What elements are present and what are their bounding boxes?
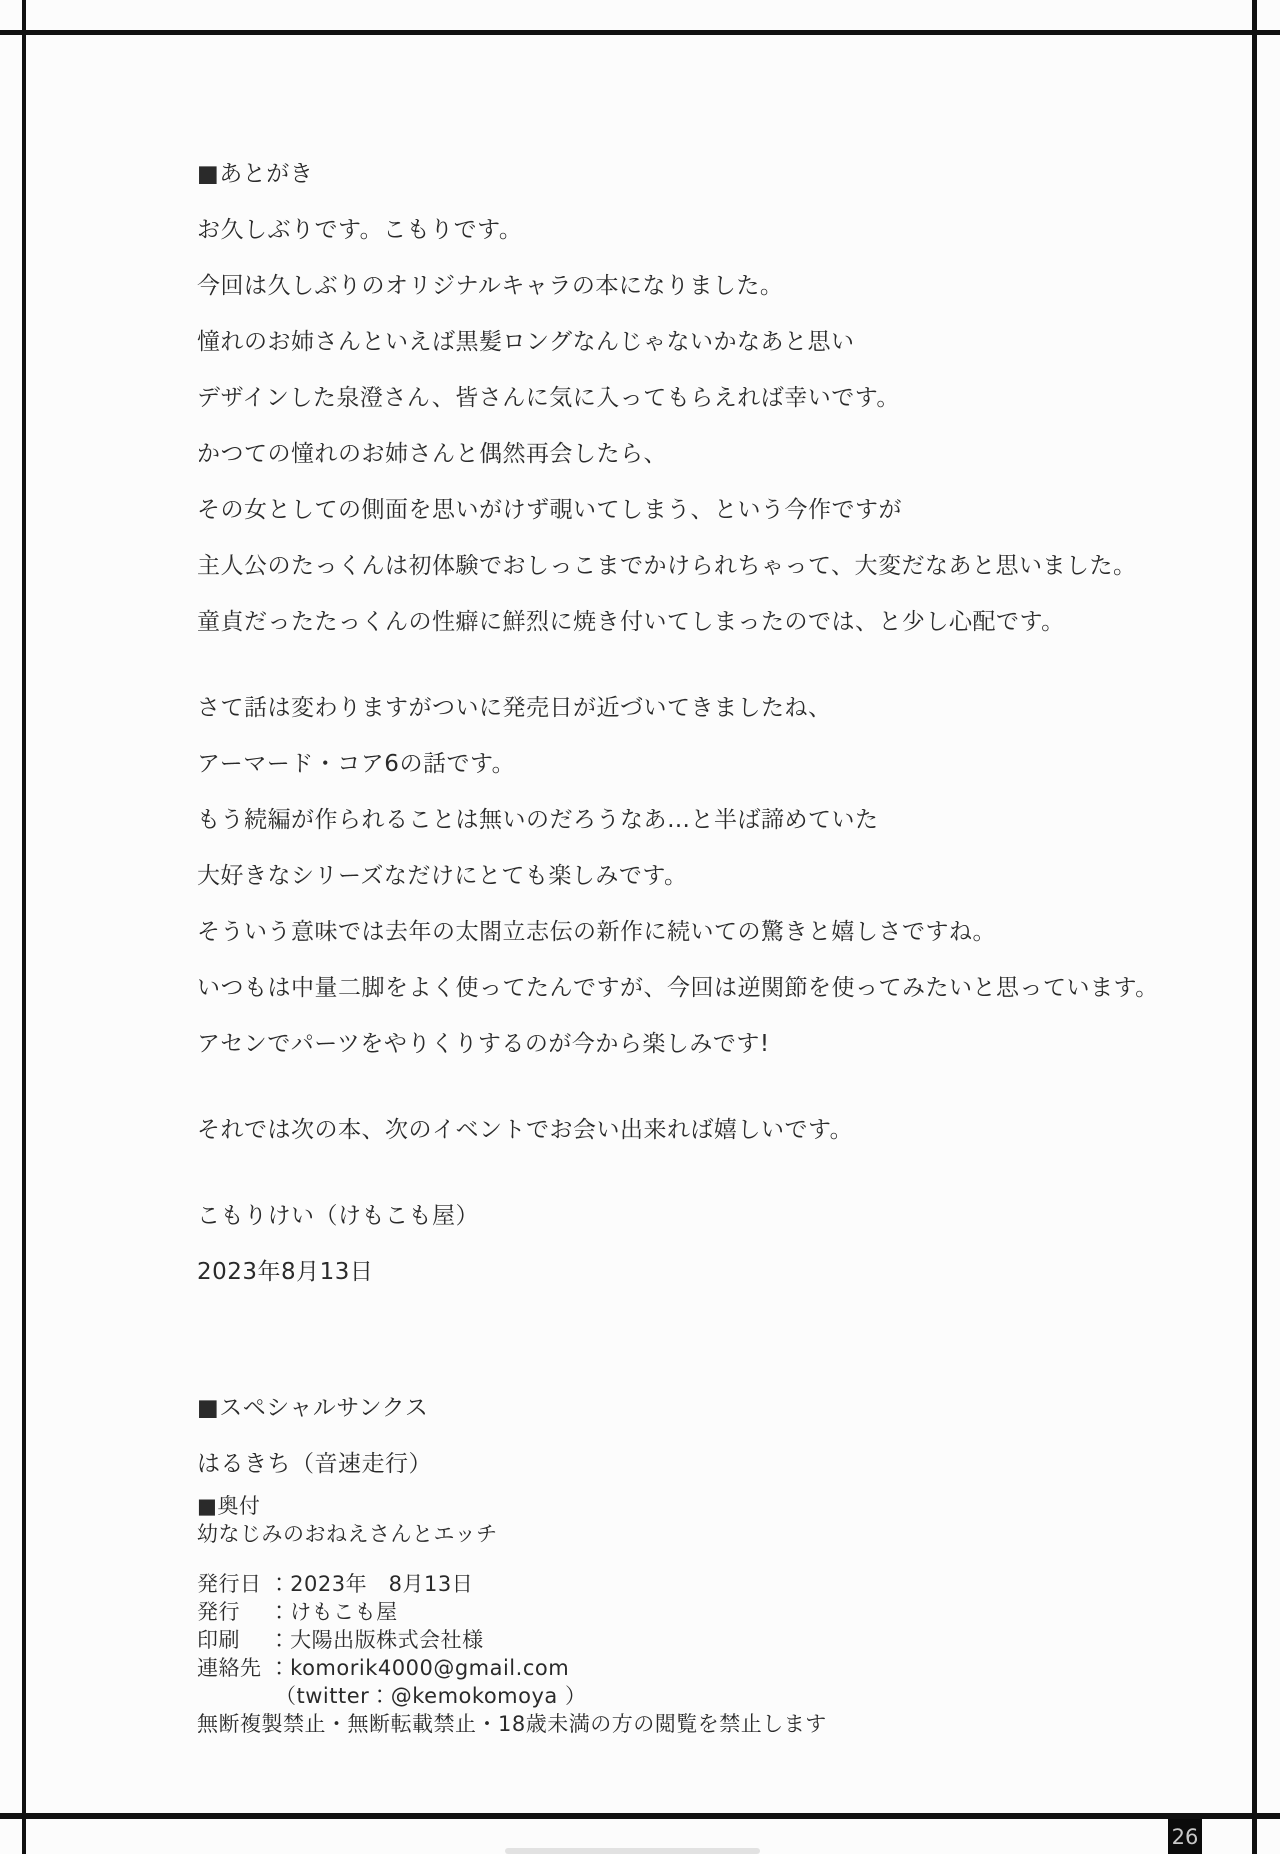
- afterword-line: お久しぶりです。こもりです。: [197, 202, 1177, 258]
- colophon-heading: ■奥付: [197, 1492, 1177, 1520]
- special-thanks-heading: ■スペシャルサンクス: [197, 1380, 1177, 1436]
- afterword-section: ■あとがき お久しぶりです。こもりです。 今回は久しぶりのオリジナルキャラの本に…: [197, 146, 1177, 1738]
- page-frame-top-line: [0, 30, 1280, 35]
- page-frame-bottom-line: [0, 1813, 1280, 1819]
- author-signature: こもりけい（けもこも屋）: [197, 1188, 1177, 1244]
- afterword-line: 今回は久しぶりのオリジナルキャラの本になりました。: [197, 258, 1177, 314]
- afterword-line: もう続編が作られることは無いのだろうなあ…と半ば諦めていた: [197, 792, 1177, 848]
- afterword-line: 大好きなシリーズなだけにとても楽しみです。: [197, 848, 1177, 904]
- colophon-row-publish-date: 発行日 ：2023年 8月13日: [197, 1570, 1177, 1598]
- afterword-line: そういう意味では去年の太閤立志伝の新作に続いての驚きと嬉しさですね。: [197, 904, 1177, 960]
- next-page-edge: [505, 1848, 760, 1854]
- afterword-line: その女としての側面を思いがけず覗いてしまう、という今作ですが: [197, 482, 1177, 538]
- page-frame-right-line: [1252, 0, 1257, 1854]
- twitter-handle: （twitter：@kemokomoya ）: [275, 1682, 1177, 1710]
- colophon-row-printer: 印刷 ：大陽出版株式会社様: [197, 1626, 1177, 1654]
- afterword-heading: ■あとがき: [197, 146, 1177, 202]
- page-number: 26: [1168, 1819, 1202, 1854]
- afterword-line: 憧れのお姉さんといえば黒髪ロングなんじゃないかなあと思い: [197, 314, 1177, 370]
- scanned-afterword-page: ■あとがき お久しぶりです。こもりです。 今回は久しぶりのオリジナルキャラの本に…: [0, 0, 1280, 1854]
- afterword-line: いつもは中量二脚をよく使ってたんですが、今回は逆関節を使ってみたいと思っています…: [197, 960, 1177, 1016]
- afterword-line: アセンでパーツをやりくりするのが今から楽しみです!: [197, 1016, 1177, 1072]
- afterword-line: アーマード・コア6の話です。: [197, 736, 1177, 792]
- afterword-line: さて話は変わりますがついに発売日が近づいてきましたね、: [197, 680, 1177, 736]
- afterword-line: 童貞だったたっくんの性癖に鮮烈に焼き付いてしまったのでは、と少し心配です。: [197, 594, 1177, 650]
- book-title: 幼なじみのおねえさんとエッチ: [197, 1520, 1177, 1548]
- colophon-row-publisher: 発行 ：けもこも屋: [197, 1598, 1177, 1626]
- afterword-line: かつての憧れのお姉さんと偶然再会したら、: [197, 426, 1177, 482]
- colophon-row-contact-email: 連絡先 ：komorik4000@gmail.com: [197, 1654, 1177, 1682]
- special-thanks-name: はるきち（音速走行）: [197, 1436, 1177, 1492]
- publish-date: 2023年8月13日: [197, 1244, 1177, 1300]
- afterword-line: 主人公のたっくんは初体験でおしっこまでかけられちゃって、大変だなあと思いました。: [197, 538, 1177, 594]
- afterword-closing-line: それでは次の本、次のイベントでお会い出来れば嬉しいです。: [197, 1102, 1177, 1158]
- afterword-line: デザインした泉澄さん、皆さんに気に入ってもらえれば幸いです。: [197, 370, 1177, 426]
- page-frame-left-line: [22, 0, 26, 1854]
- copyright-notice: 無断複製禁止・無断転載禁止・18歳未満の方の閲覧を禁止します: [197, 1710, 1177, 1738]
